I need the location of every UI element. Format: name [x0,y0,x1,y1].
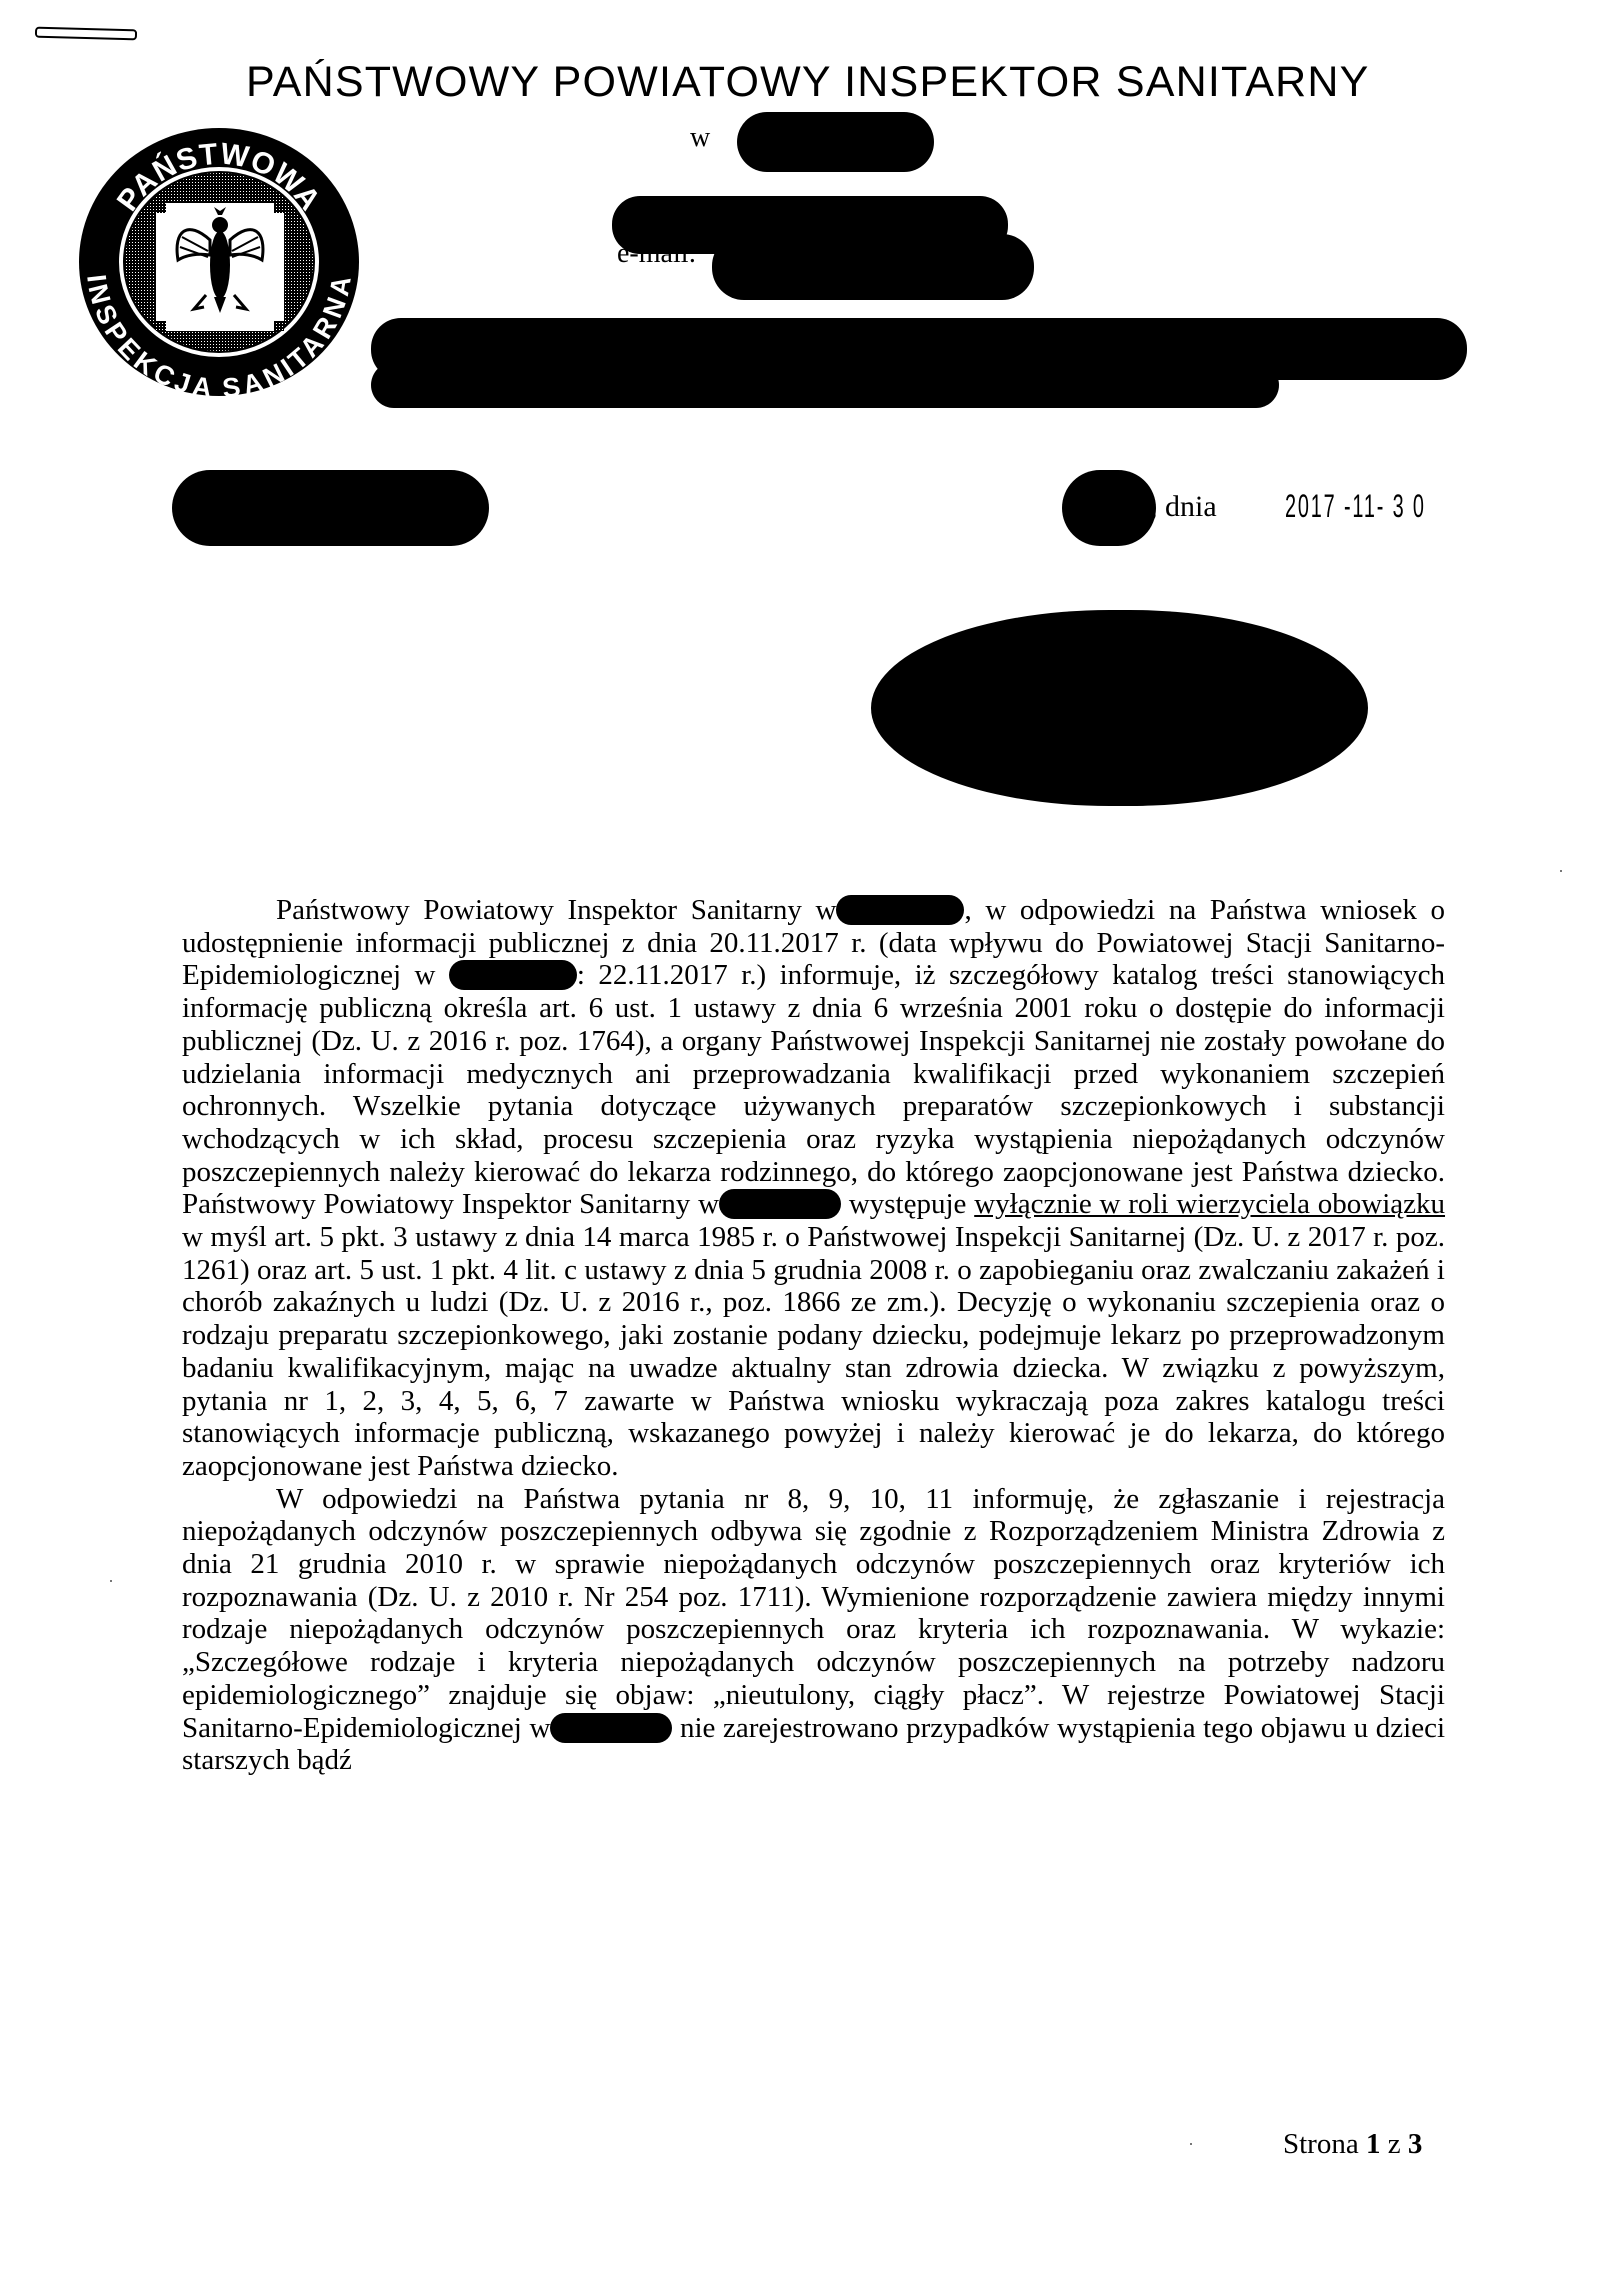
email-label: e-mail: [617,238,696,270]
redacted-reference-number [172,470,489,546]
redacted-city-inline [836,895,964,925]
date-label: , dnia [1150,490,1217,524]
scan-artifact-mark [35,27,137,41]
date-stamp: 2017 -11- 3 0 [1285,488,1426,525]
redacted-contact-line-2 [371,362,1279,408]
page-number: Strona 1 z 3 [1283,2128,1422,2161]
location-prefix: w [690,122,710,154]
redacted-city-inline [550,1713,672,1743]
redacted-city [737,112,934,172]
sanitary-inspection-logo: PAŃSTWOWA INSPEKCJA SANITARNA [78,125,360,400]
scan-speck [1560,870,1562,872]
redacted-place [1062,470,1156,546]
redacted-email [712,234,1034,300]
emphasized-phrase: wyłącznie w roli wierzyciela obowiązku [974,1188,1445,1220]
redacted-city-inline [449,960,577,990]
scan-speck [110,1580,112,1582]
scan-speck [1190,2143,1192,2145]
page-title: PAŃSTWOWY POWIATOWY INSPEKTOR SANITARNY [246,58,1396,107]
letter-body: Państwowy Powiatowy Inspektor Sanitarny … [182,894,1445,1777]
paragraph-2: W odpowiedzi na Państwa pytania nr 8, 9,… [182,1483,1445,1777]
paragraph-1: Państwowy Powiatowy Inspektor Sanitarny … [182,894,1445,1483]
redacted-city-inline [719,1189,841,1219]
redacted-recipient [871,610,1368,806]
